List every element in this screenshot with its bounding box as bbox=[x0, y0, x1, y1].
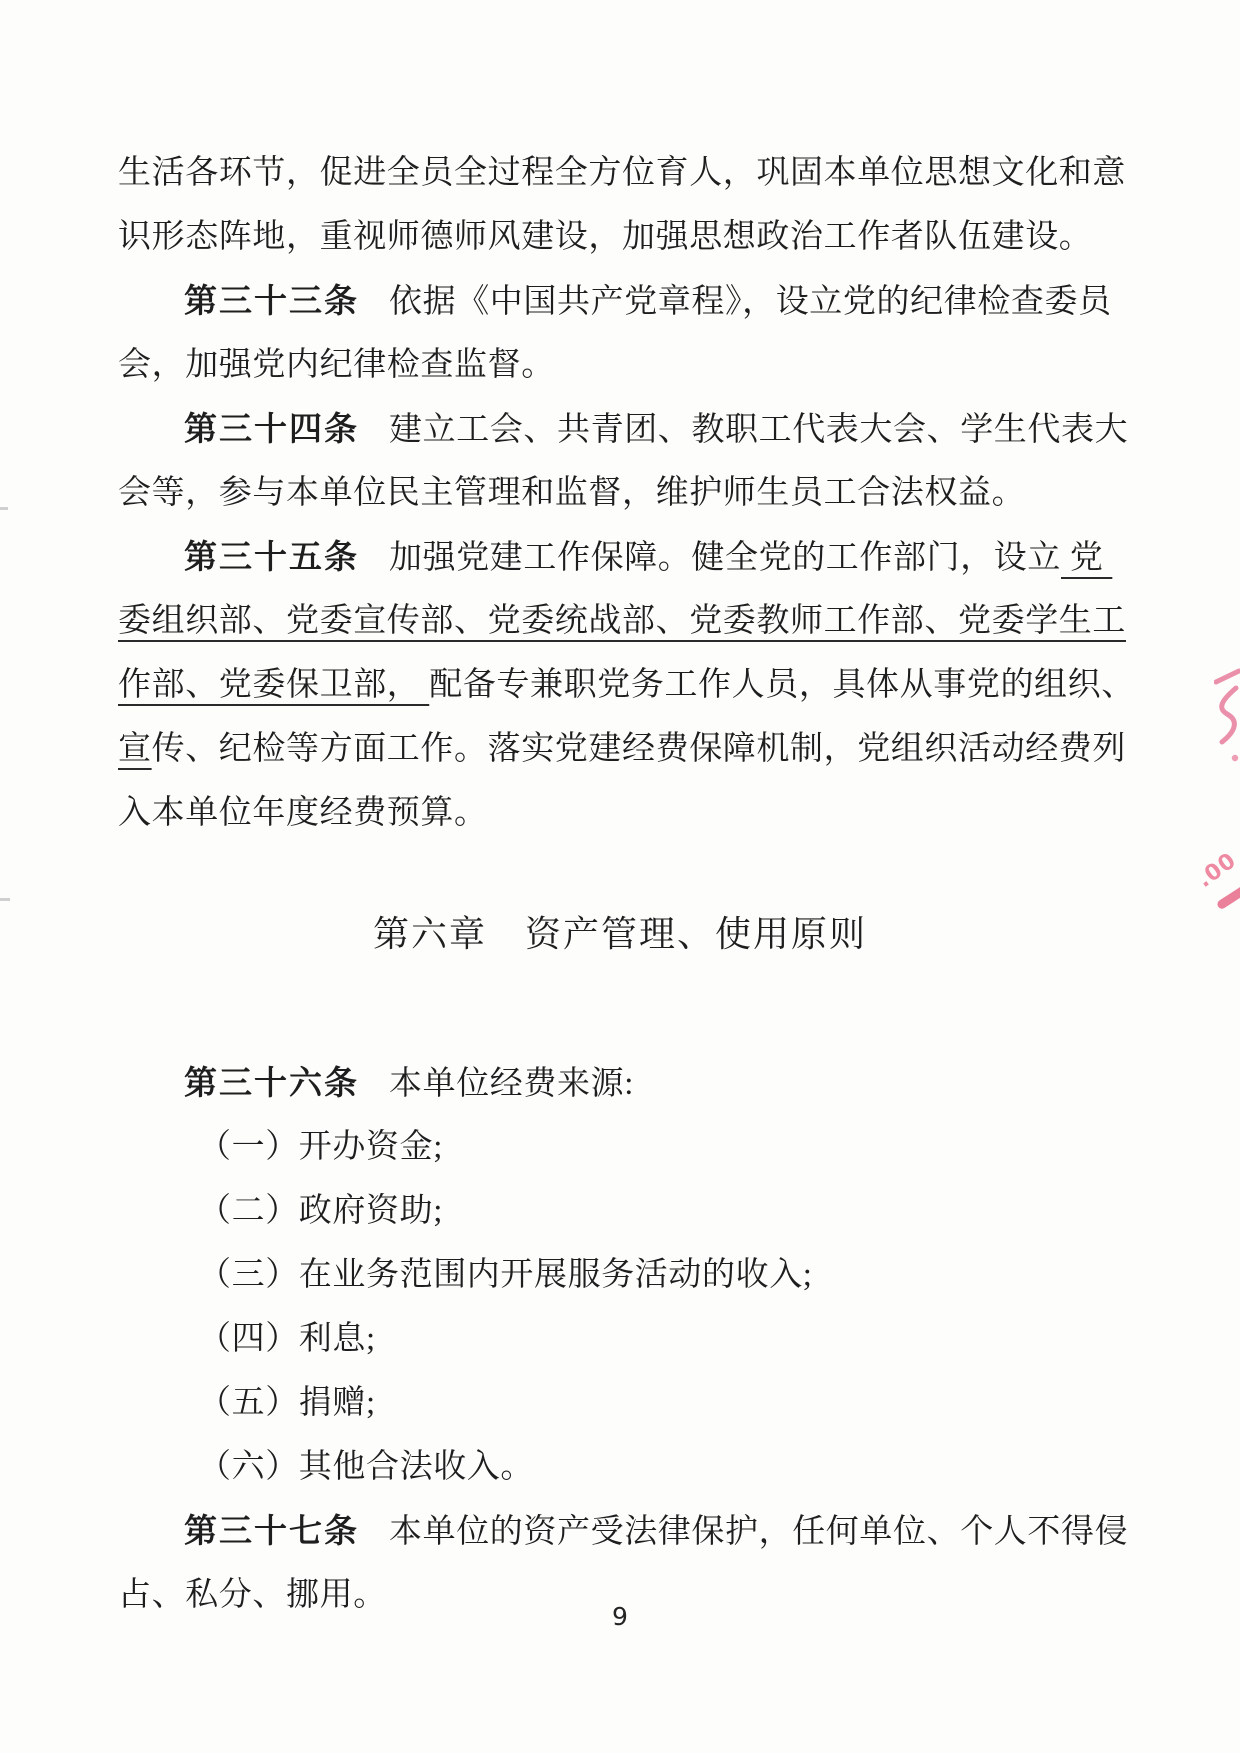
text-segment: 依据《中国共产党章程》，设立党的纪律检查委员 bbox=[389, 284, 1112, 320]
article-number: 第三十七条 bbox=[184, 1511, 359, 1550]
text-segment: 建立工会、共青团、教职工代表大会、学生代表大 bbox=[389, 412, 1128, 448]
text-segment: 入本单位年度经费预算。 bbox=[118, 795, 488, 831]
text-segment: （四）利息; bbox=[198, 1321, 376, 1357]
page-number: 9 bbox=[0, 1602, 1240, 1631]
chapter-heading: 第六章 资产管理、使用原则 bbox=[0, 912, 1240, 956]
text-segment: （三）在业务范围内开展服务活动的收入; bbox=[198, 1257, 813, 1293]
text-line: （二）政府资助; bbox=[118, 1190, 1238, 1232]
text-line: （五）捐赠; bbox=[118, 1382, 1238, 1424]
text-line: （六）其他合法收入。 bbox=[118, 1446, 1238, 1488]
text-segment: 识形态阵地，重视师德师风建设，加强思想政治工作者队伍建设。 bbox=[118, 219, 1092, 255]
article-number: 第三十五条 bbox=[184, 537, 359, 576]
text-line: （三）在业务范围内开展服务活动的收入; bbox=[118, 1254, 1238, 1296]
text-segment: 会，加强党内纪律检查监督。 bbox=[118, 347, 555, 383]
text-segment: 加强党建工作保障。健全党的工作部门，设立 bbox=[389, 540, 1061, 576]
text-line: 委组织部、党委宣传部、党委统战部、党委教师工作部、党委学生工 bbox=[118, 600, 1158, 642]
text-line: 第三十六条本单位经费来源: bbox=[118, 1062, 1224, 1105]
underlined-text: 委组织部、党委宣传部、党委统战部、党委教师工作部、党委学生工 bbox=[118, 603, 1126, 639]
document-page: 生活各环节，促进全员全过程全方位育人，巩固本单位思想文化和意识形态阵地，重视师德… bbox=[0, 0, 1240, 1753]
text-line: 第三十五条加强党建工作保障。健全党的工作部门，设立 党 bbox=[118, 536, 1224, 579]
text-line: 第三十七条本单位的资产受法律保护，任何单位、个人不得侵 bbox=[118, 1510, 1224, 1553]
scan-artifact bbox=[0, 898, 10, 901]
text-segment: 配备专兼职党务工作人员，具体从事党的组织、 bbox=[429, 667, 1135, 703]
text-segment: （一）开办资金; bbox=[198, 1129, 443, 1165]
underlined-text: 党 bbox=[1061, 540, 1112, 576]
text-line: 识形态阵地，重视师德师风建设，加强思想政治工作者队伍建设。 bbox=[118, 216, 1158, 258]
text-line: 第三十三条依据《中国共产党章程》，设立党的纪律检查委员 bbox=[118, 280, 1224, 323]
stamp-digits: .00 bbox=[1193, 848, 1240, 893]
text-segment: （二）政府资助; bbox=[198, 1193, 443, 1229]
scan-artifact bbox=[0, 507, 8, 510]
text-segment: 本单位的资产受法律保护，任何单位、个人不得侵 bbox=[389, 1514, 1128, 1550]
text-segment: 生活各环节，促进全员全过程全方位育人，巩固本单位思想文化和意 bbox=[118, 155, 1126, 191]
text-line: （一）开办资金; bbox=[118, 1126, 1238, 1168]
text-line: 入本单位年度经费预算。 bbox=[118, 792, 1158, 834]
stamp-stroke-icon bbox=[1214, 668, 1240, 768]
text-line: （四）利息; bbox=[118, 1318, 1238, 1360]
text-line: 作部、党委保卫部， 配备专兼职党务工作人员，具体从事党的组织、 bbox=[118, 664, 1158, 706]
underlined-text: 作部、党委保卫部， bbox=[118, 667, 429, 703]
underlined-text: 宣 bbox=[118, 731, 152, 767]
text-line: 宣传、纪检等方面工作。落实党建经费保障机制，党组织活动经费列 bbox=[118, 728, 1158, 770]
text-line: 第三十四条建立工会、共青团、教职工代表大会、学生代表大 bbox=[118, 408, 1224, 451]
text-segment: （五）捐赠; bbox=[198, 1385, 376, 1421]
text-line: 会，加强党内纪律检查监督。 bbox=[118, 344, 1158, 386]
text-segment: 本单位经费来源: bbox=[389, 1066, 634, 1102]
stamp-fragment-upper bbox=[1214, 668, 1240, 768]
article-number: 第三十四条 bbox=[184, 409, 359, 448]
article-number: 第三十六条 bbox=[184, 1063, 359, 1102]
text-segment: 传、纪检等方面工作。落实党建经费保障机制，党组织活动经费列 bbox=[152, 731, 1126, 767]
text-segment: （六）其他合法收入。 bbox=[198, 1449, 534, 1485]
article-number: 第三十三条 bbox=[184, 281, 359, 320]
text-line: 会等，参与本单位民主管理和监督，维护师生员工合法权益。 bbox=[118, 472, 1158, 514]
text-segment: 会等，参与本单位民主管理和监督，维护师生员工合法权益。 bbox=[118, 475, 1025, 511]
text-line: 生活各环节，促进全员全过程全方位育人，巩固本单位思想文化和意 bbox=[118, 152, 1158, 194]
stamp-fragment-lower: .00 bbox=[1190, 848, 1240, 920]
